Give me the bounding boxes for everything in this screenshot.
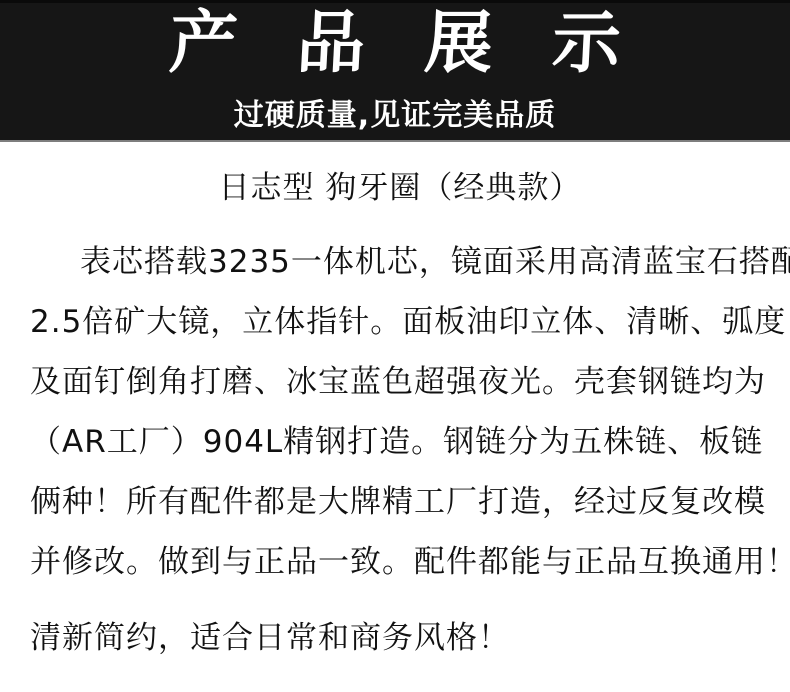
banner-title: 产 品 展 示 bbox=[0, 3, 790, 80]
product-showcase-banner: 产 品 展 示 过硬质量,见证完美品质 bbox=[0, 0, 790, 142]
description-line: 及面钉倒角打磨、冰宝蓝色超强夜光。壳套钢链均为 bbox=[30, 352, 770, 412]
closing-line: 清新简约，适合日常和商务风格！ bbox=[30, 608, 770, 668]
product-description-paragraph: 表芯搭载3235一体机芯，镜面采用高清蓝宝石搭配 2.5倍矿大镜，立体指针。面板… bbox=[30, 232, 770, 592]
description-line: 2.5倍矿大镜，立体指针。面板油印立体、清晰、弧度 bbox=[30, 292, 770, 352]
banner-subtitle: 过硬质量,见证完美品质 bbox=[0, 99, 790, 133]
product-description-section: 日志型 狗牙圈（经典款） 表芯搭载3235一体机芯，镜面采用高清蓝宝石搭配 2.… bbox=[0, 172, 790, 668]
description-line: 俩种！所有配件都是大牌精工厂打造，经过反复改模 bbox=[30, 472, 770, 532]
product-title: 日志型 狗牙圈（经典款） bbox=[30, 172, 770, 204]
product-showcase-page: 产 品 展 示 过硬质量,见证完美品质 日志型 狗牙圈（经典款） 表芯搭载323… bbox=[0, 0, 790, 692]
description-line: 并修改。做到与正品一致。配件都能与正品互换通用！ bbox=[30, 532, 770, 592]
description-line: （AR工厂）904L精钢打造。钢链分为五株链、板链 bbox=[30, 412, 770, 472]
description-line: 表芯搭载3235一体机芯，镜面采用高清蓝宝石搭配 bbox=[30, 232, 770, 292]
